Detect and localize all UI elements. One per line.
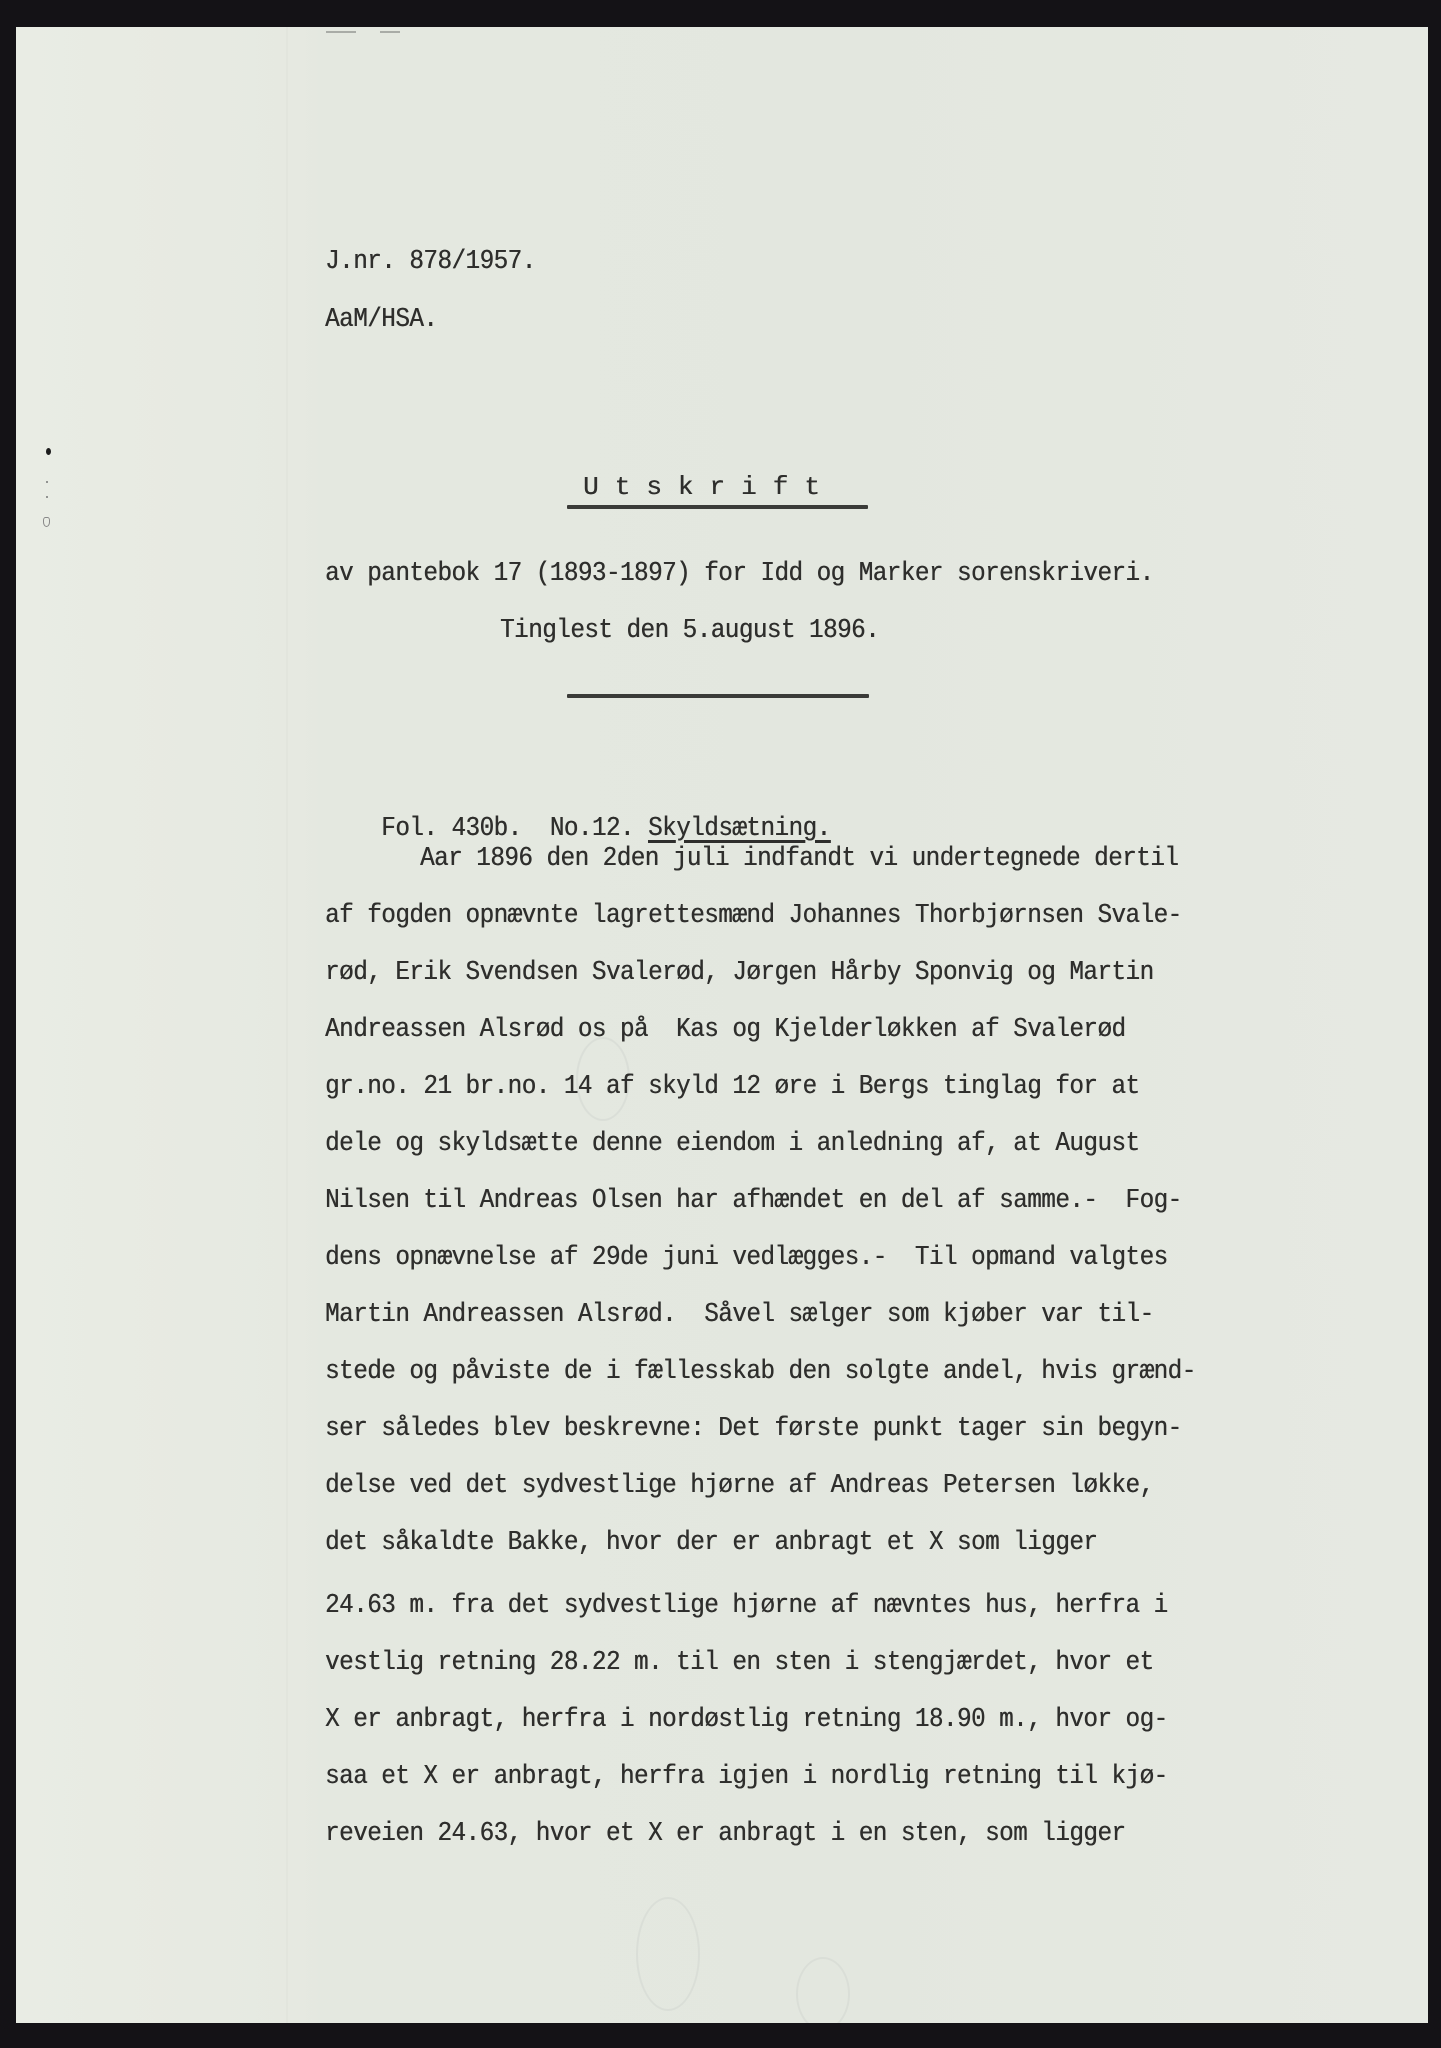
body-line: ser således blev beskrevne: Det første p…	[325, 1416, 1182, 1443]
entry-heading: Skyldsætning.	[648, 814, 831, 844]
subtitle-registered: Tinglest den 5.august 1896.	[500, 618, 879, 645]
body-line: 24.63 m. fra det sydvestlige hjørne af n…	[325, 1593, 1168, 1620]
reference-initials: AaM/HSA.	[325, 307, 437, 334]
section-divider	[567, 694, 869, 698]
scan-speck	[380, 31, 400, 33]
body-line: Andreassen Alsrød os på Kas og Kjelderlø…	[325, 1017, 1125, 1044]
document-title: Utskrift	[583, 474, 836, 500]
body-line: vestlig retning 28.22 m. til en sten i s…	[325, 1650, 1154, 1677]
body-line: Martin Andreassen Alsrød. Såvel sælger s…	[325, 1302, 1154, 1329]
folio-reference: Fol. 430b.	[381, 814, 521, 844]
body-line: delse ved det sydvestlige hjørne af Andr…	[325, 1473, 1154, 1500]
margin-mark	[46, 448, 51, 455]
entry-number: No.12.	[550, 814, 634, 844]
body-line: rød, Erik Svendsen Svalerød, Jørgen Hårb…	[325, 960, 1154, 987]
subtitle-source: av pantebok 17 (1893-1897) for Idd og Ma…	[325, 561, 1154, 588]
document-page: J.nr. 878/1957. AaM/HSA. Utskrift av pan…	[16, 27, 1428, 2023]
margin-mark	[43, 517, 50, 527]
margin-mark	[46, 481, 48, 483]
body-line: dens opnævnelse af 29de juni vedlægges.-…	[325, 1245, 1168, 1272]
bleed-through-mark	[636, 1897, 700, 2011]
body-line: saa et X er anbragt, herfra igjen i nord…	[325, 1764, 1168, 1791]
body-line: reveien 24.63, hvor et X er anbragt i en…	[325, 1821, 1125, 1848]
title-underline	[567, 505, 868, 509]
bleed-through-mark	[796, 1957, 850, 2023]
body-line: af fogden opnævnte lagrettesmænd Johanne…	[325, 903, 1182, 930]
body-line: Nilsen til Andreas Olsen har afhændet en…	[325, 1188, 1182, 1215]
journal-number: J.nr. 878/1957.	[325, 249, 536, 276]
body-line: dele og skyldsætte denne eiendom i anled…	[325, 1131, 1139, 1158]
scan-speck	[326, 31, 356, 33]
body-line: Aar 1896 den 2den juli indfandt vi under…	[420, 846, 1178, 873]
body-line: det såkaldte Bakke, hvor der er anbragt …	[325, 1530, 1097, 1557]
body-line: X er anbragt, herfra i nordøstlig retnin…	[325, 1707, 1168, 1734]
body-line: gr.no. 21 br.no. 14 af skyld 12 øre i Be…	[325, 1074, 1139, 1101]
body-line: stede og påviste de i fællesskab den sol…	[325, 1359, 1196, 1386]
margin-mark	[46, 496, 48, 498]
